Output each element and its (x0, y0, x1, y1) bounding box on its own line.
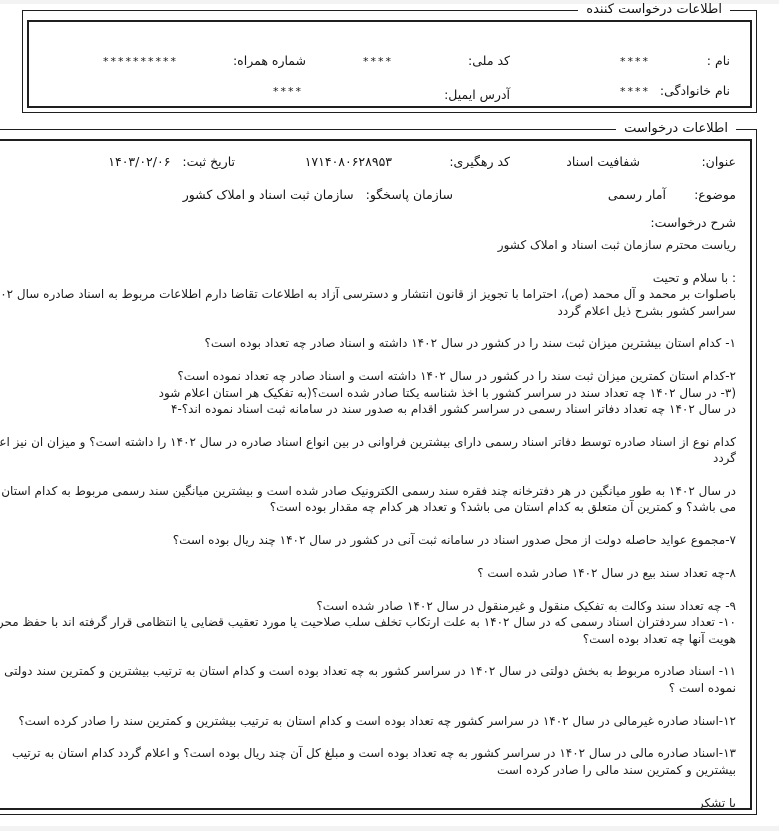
mobile-label: شماره همراه: (178, 52, 306, 70)
lastname-label: نام خانوادگی: (650, 82, 730, 100)
requester-info-box: نام : **** کد ملی: **** شماره همراه: ***… (27, 20, 752, 108)
requester-info-section: اطلاعات درخواست کننده نام : **** کد ملی:… (22, 3, 757, 113)
email-label: آدرس ایمیل: (303, 86, 510, 104)
request-row-2: موضوع: آمار رسمی سازمان پاسخگو: سازمان ث… (0, 186, 736, 204)
body-line: نموده است ؟ (0, 680, 736, 696)
title-label: عنوان: (640, 153, 736, 171)
body-line: (۳- در سال ۱۴۰۲ چه تعداد سند در سراسر کش… (0, 385, 736, 401)
body-line: ۱۱- اسناد صادره مربوط به بخش دولتی در سا… (0, 663, 736, 679)
request-info-section: اطلاعات درخواست عنوان: شفافیت اسناد کد ر… (0, 122, 757, 815)
body-line: ۷-مجموع عواید حاصله دولت از محل صدور اسن… (0, 532, 736, 548)
request-info-box: عنوان: شفافیت اسناد کد رهگیری: ۱۷۱۴۰۸۰۶۲… (0, 139, 752, 810)
responder-field: سازمان پاسخگو: سازمان ثبت اسناد و املاک … (0, 186, 453, 204)
body-line: ۱- کدام استان بیشترین میزان ثبت سند را د… (0, 335, 736, 351)
request-row-1: عنوان: شفافیت اسناد کد رهگیری: ۱۷۱۴۰۸۰۶۲… (0, 153, 736, 171)
body-line (0, 778, 736, 794)
national-code-value: **** (306, 53, 393, 71)
body-line (0, 549, 736, 565)
responder-value: سازمان ثبت اسناد و املاک کشور (183, 187, 354, 202)
body-line: باصلوات بر محمد و آل محمد (ص)، احتراما ب… (0, 286, 736, 302)
body-line: ریاست محترم سازمان ثبت اسناد و املاک کشو… (0, 237, 736, 253)
request-description-text: ریاست محترم سازمان ثبت اسناد و املاک کشو… (0, 237, 736, 810)
body-line: گردد (0, 450, 736, 466)
body-line: هویت آنها چه تعداد بوده است؟ (0, 631, 736, 647)
request-info-legend: اطلاعات درخواست (616, 122, 736, 136)
body-line: در سال ۱۴۰۲ چه تعداد دفاتر اسناد رسمی در… (0, 401, 736, 417)
body-line (0, 319, 736, 335)
body-line: می باشد؟ و کمترین آن متعلق به کدام استان… (0, 499, 736, 515)
page-bottom-edge (0, 826, 779, 831)
body-line: کدام نوع از اسناد صادره توسط دفاتر اسناد… (0, 434, 736, 450)
body-line (0, 581, 736, 597)
register-date-label: تاریخ ثبت: (182, 154, 235, 169)
national-code-label: کد ملی: (393, 52, 510, 70)
name-label: نام : (650, 52, 730, 70)
body-line: ۱۰- تعداد سردفتران اسناد رسمی که در سال … (0, 614, 736, 630)
requester-row-1: نام : **** کد ملی: **** شماره همراه: ***… (45, 52, 730, 70)
register-date-value: ۱۴۰۳/۰۲/۰۶ (108, 154, 170, 169)
lastname-value: **** (510, 83, 650, 101)
body-line: ۹- چه تعداد سند وکالت به تفکیک منقول و غ… (0, 598, 736, 614)
responder-label: سازمان پاسخگو: (366, 187, 453, 202)
body-line: ۱۲-اسناد صادره غیرمالی در سال ۱۴۰۲ در سر… (0, 713, 736, 729)
body-line: در سال ۱۴۰۲ به طور میانگین در هر دفترخان… (0, 483, 736, 499)
requester-row-2: نام خانوادگی: **** آدرس ایمیل: **** (45, 82, 730, 100)
email-value: **** (45, 83, 303, 101)
requester-info-legend: اطلاعات درخواست کننده (578, 3, 730, 17)
body-line: ۲-کدام استان کمترین میزان ثبت سند را در … (0, 368, 736, 384)
body-line: بیشترین و کمترین سند مالی را صادر کرده ا… (0, 762, 736, 778)
tracking-code-value: ۱۷۱۴۰۸۰۶۲۸۹۵۳ (235, 153, 392, 171)
body-line (0, 729, 736, 745)
document-page: { "requester": { "legend": "اطلاعات درخو… (0, 0, 779, 831)
body-line: ۸-چه تعداد سند بیع در سال ۱۴۰۲ صادر شده … (0, 565, 736, 581)
tracking-code-label: کد رهگیری: (392, 153, 510, 171)
body-line: سراسر کشور بشرح ذیل اعلام گردد (0, 303, 736, 319)
name-value: **** (510, 53, 650, 71)
mobile-value: ********** (45, 53, 178, 71)
body-line (0, 516, 736, 532)
body-line: ۱۳-اسناد صادره مالی در سال ۱۴۰۲ در سراسر… (0, 745, 736, 761)
body-line (0, 253, 736, 269)
body-line (0, 696, 736, 712)
body-line (0, 647, 736, 663)
body-line (0, 352, 736, 368)
body-line: : با سلام و تحیت (0, 270, 736, 286)
subject-value: آمار رسمی (453, 186, 666, 204)
request-form: اطلاعات درخواست کننده نام : **** کد ملی:… (0, 0, 779, 815)
body-line: با تشکر (0, 795, 736, 810)
description-label: شرح درخواست: (0, 214, 736, 232)
subject-label: موضوع: (666, 186, 736, 204)
body-line (0, 467, 736, 483)
body-line (0, 417, 736, 433)
register-date-field: تاریخ ثبت: ۱۴۰۳/۰۲/۰۶ (0, 153, 235, 171)
title-value: شفافیت اسناد (510, 153, 640, 171)
